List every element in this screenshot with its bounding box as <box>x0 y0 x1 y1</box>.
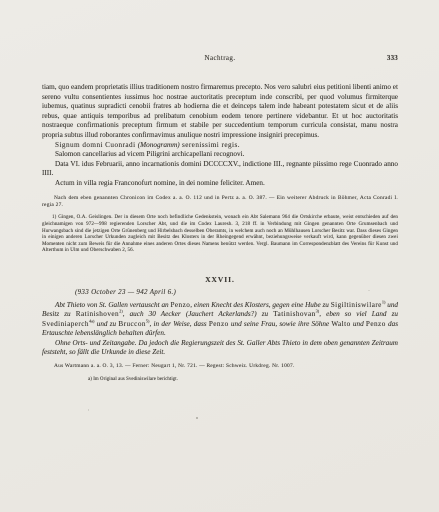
running-title: Nachtrag. <box>204 54 235 62</box>
charter-body-paragraph: tiam, quo eandem proprietatis illius tra… <box>42 83 398 141</box>
scan-speck <box>368 290 370 291</box>
page-header: Nachtrag. 333 <box>42 54 398 62</box>
scan-speck <box>196 417 198 419</box>
charter-26-text: tiam, quo eandem proprietatis illius tra… <box>42 83 398 255</box>
salomon-line: Salomon cancellarius ad vicem Piligrini … <box>42 150 398 160</box>
entry-27-number: XXVII. <box>42 275 398 284</box>
footnote-a: a) Im Original aus Svediniswilare berich… <box>88 377 398 382</box>
page-number: 333 <box>387 54 398 62</box>
signum-line: Signum domni Cuonradi (Monogramm) sereni… <box>42 141 398 151</box>
scanned-book-page: Nachtrag. 333 tiam, quo eandem proprieta… <box>0 0 439 512</box>
footnote-1: 1) Gingen, O.A. Geislingen. Der in diese… <box>42 215 398 255</box>
datum-line: Data VI. idus Februarii, anno incarnatio… <box>42 160 398 179</box>
scan-speck <box>88 409 89 411</box>
regest-paragraph: Abt Thieto von St. Gallen vertauscht an … <box>42 301 398 339</box>
regest-comment: Ohne Orts- und Zeitangabe. Da jedoch die… <box>42 339 398 358</box>
source-note-26: Nach dem eben genannten Chronicon im Cod… <box>42 195 398 210</box>
entry-27: XXVII. (933 October 23 — 942 April 6.) A… <box>42 275 398 382</box>
entry-27-date-range: (933 October 23 — 942 April 6.) <box>75 288 398 296</box>
actum-line: Actum in villa regia Franconofurt nomine… <box>42 179 398 189</box>
source-note-27: Aus Wartmann a. a. O. 3, 13. — Ferner: N… <box>42 363 398 370</box>
